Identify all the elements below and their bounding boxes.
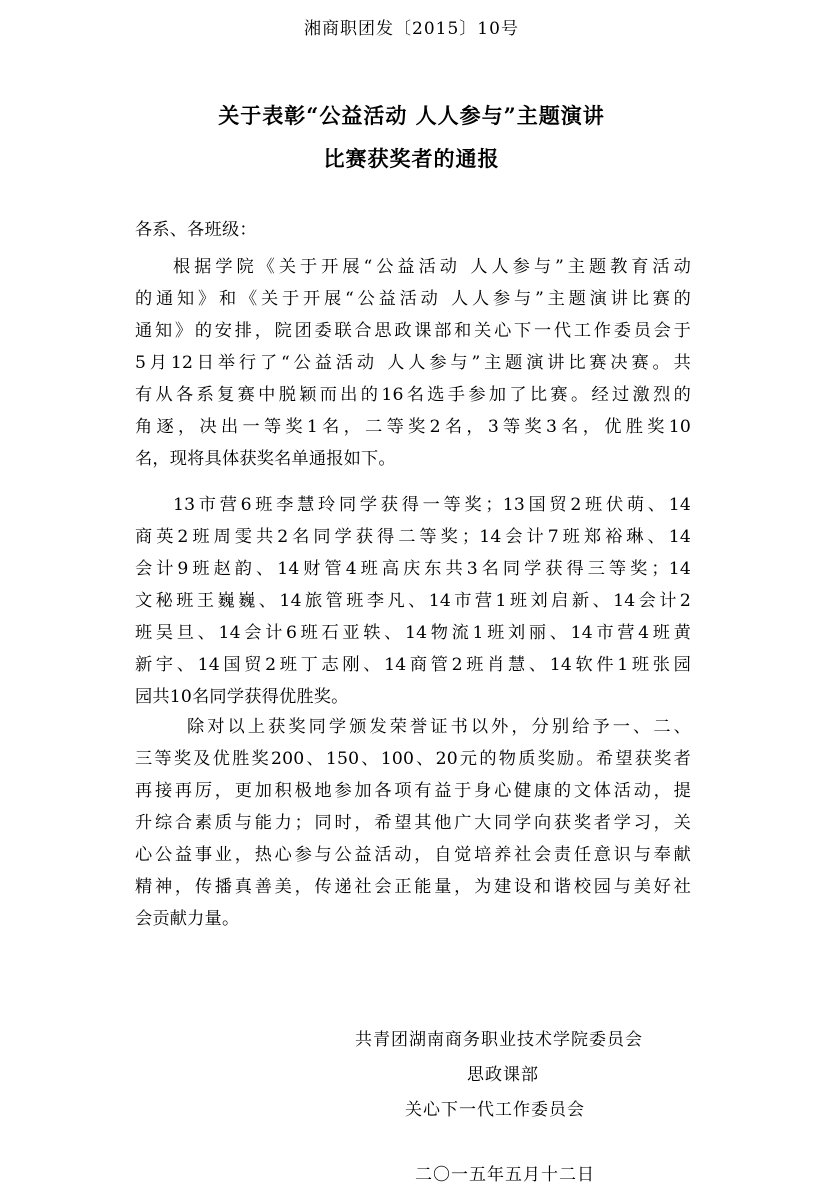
paragraph-line: 角逐，决出一等奖1名，二等奖2名，3等奖3名，优胜奖10 [135, 412, 691, 437]
paragraph-line: 会计9班赵韵、14财管4班高庆东共3名同学获得三等奖；14 [135, 554, 691, 579]
signature-org-league-committee: 共青团湖南商务职业技术学院委员会 [355, 1025, 643, 1050]
paragraph-line: 新宇、14国贸2班丁志刚、14商管2班肖慧、14软件1班张园 [135, 650, 691, 675]
paragraph-line: 精神，传播真善美，传递社会正能量，为建设和谐校园与美好社 [135, 872, 691, 897]
paragraph-line: 通知》的安排，院团委联合思政课部和关心下一代工作委员会于 [135, 316, 691, 341]
paragraph-line: 文秘班王巍巍、14旅管班李凡、14市营1班刘启新、14会计2 [135, 586, 691, 611]
paragraph-line: 的通知》和《关于开展“公益活动 人人参与”主题演讲比赛的 [135, 284, 691, 309]
paragraph-line: 班吴旦、14会计6班石亚轶、14物流1班刘丽、14市营4班黄 [135, 618, 691, 643]
paragraph-line: 园共10名同学获得优胜奖。 [135, 682, 691, 707]
salutation: 各系、各班级： [135, 215, 691, 240]
paragraph-line: 有从各系复赛中脱颖而出的16名选手参加了比赛。经过激烈的 [135, 380, 691, 405]
paragraph-line: 心公益事业，热心参与公益活动，自觉培养社会责任意识与奉献 [135, 840, 691, 865]
paragraph-line: 再接再厉，更加积极地参加各项有益于身心健康的文体活动，提 [135, 776, 691, 801]
paragraph-line: 13市营6班李慧玲同学获得一等奖；13国贸2班伏萌、14 [135, 490, 691, 515]
signature-org-care-committee: 关心下一代工作委员会 [405, 1095, 585, 1120]
paragraph-line: 名，现将具体获奖名单通报如下。 [135, 444, 691, 469]
document-title-line-2: 比赛获奖者的通报 [0, 143, 823, 173]
document-title-line-1: 关于表彰“公益活动 人人参与”主题演讲 [0, 100, 823, 130]
signature-date: 二〇一五年五月十二日 [415, 1160, 595, 1185]
paragraph-line: 除对以上获奖同学颁发荣誉证书以外，分别给予一、二、 [135, 712, 691, 737]
paragraph-line: 根据学院《关于开展“公益活动 人人参与”主题教育活动 [135, 252, 691, 277]
paragraph-line: 升综合素质与能力；同时，希望其他广大同学向获奖者学习，关 [135, 808, 691, 833]
paragraph-line: 5月12日举行了“公益活动 人人参与”主题演讲比赛决赛。共 [135, 348, 691, 373]
paragraph-line: 三等奖及优胜奖200、150、100、20元的物质奖励。希望获奖者 [135, 744, 691, 769]
signature-org-ideology-department: 思政课部 [467, 1060, 539, 1085]
document-number: 湘商职团发〔2015〕10号 [0, 14, 823, 39]
paragraph-line: 商英2班周雯共2名同学获得二等奖；14会计7班郑裕琳、14 [135, 522, 691, 547]
paragraph-line: 会贡献力量。 [135, 904, 691, 929]
